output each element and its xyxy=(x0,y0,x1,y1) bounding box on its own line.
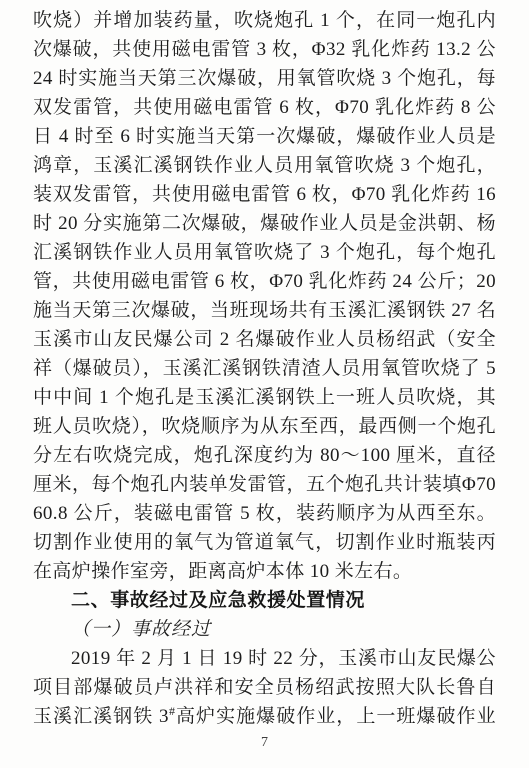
document-page: 吹烧）并增加装药量，吹烧炮孔 1 个，在同一炮孔内连续实施三 次爆破，共使用磁电… xyxy=(0,0,529,768)
text-line: 分左右吹烧完成，炮孔深度约为 80～100 厘米，直径约为 15～30 xyxy=(33,441,496,470)
text-line: 双发雷管，共使用磁电雷管 6 枚，Φ70 乳化炸药 8 公斤。2 月 1 xyxy=(33,93,496,122)
text-line: 次爆破，共使用磁电雷管 3 枚，Φ32 乳化炸药 13.2 公斤；21 时至 xyxy=(33,35,496,64)
text-line: 2019 年 2 月 1 日 19 时 22 分，玉溪市山友民爆公司红塔工程 xyxy=(33,644,496,673)
text-line: 厘米，每个炮孔内装单发雷管，五个炮孔共计装填Φ70 乳化炸药 xyxy=(33,470,496,499)
text-line: 吹烧）并增加装药量，吹烧炮孔 1 个，在同一炮孔内连续实施三 xyxy=(33,6,496,35)
text-line: 在高炉操作室旁，距离高炉本体 10 米左右。 xyxy=(33,557,496,586)
section-heading: 二、事故经过及应急救援处置情况 xyxy=(33,586,496,615)
text-line: 装双发雷管，共使用磁电雷管 6 枚，Φ70 乳化炸药 16 公斤；10 xyxy=(33,180,496,209)
text-line: 施当天第三次爆破，当班现场共有玉溪汇溪钢铁 27 名清渣人员和 xyxy=(33,296,496,325)
page-number: 7 xyxy=(33,733,496,753)
text-line: 中中间 1 个炮孔是玉溪汇溪钢铁上一班人员吹烧，其余 4 个由当 xyxy=(33,383,496,412)
text-line: 项目部爆破员卢洪祥和安全员杨绍武按照大队长鲁自福的安排到 xyxy=(33,673,496,702)
text-segment: 玉溪汇溪钢铁 3 xyxy=(33,706,169,727)
text-line: 24 时实施当天第三次爆破，用氧管吹烧 3 个炮孔，每个炮孔内装 xyxy=(33,64,496,93)
paragraph-incident: 2019 年 2 月 1 日 19 时 22 分，玉溪市山友民爆公司红塔工程 项… xyxy=(33,644,496,731)
paragraph-continued: 吹烧）并增加装药量，吹烧炮孔 1 个，在同一炮孔内连续实施三 次爆破，共使用磁电… xyxy=(33,6,496,586)
text-line: 鸿章，玉溪汇溪钢铁作业人员用氧管吹烧 3 个炮孔，每个炮孔内 xyxy=(33,151,496,180)
text-line: 日 4 时至 6 时实施当天第一次爆破，爆破作业人员是施万和、施 xyxy=(33,122,496,151)
text-line: 管，共使用磁电雷管 6 枚，Φ70 乳化炸药 24 公斤；20 时 38 分实 xyxy=(33,267,496,296)
text-line: 时 20 分实施第二次爆破，爆破作业人员是金洪朝、杨彦红，玉溪 xyxy=(33,209,496,238)
text-line: 班人员吹烧），吹烧顺序为从东至西，最西侧一个炮孔于 19 时 58 xyxy=(33,412,496,441)
text-line: 汇溪钢铁作业人员用氧管吹烧了 3 个炮孔，每个炮孔内装双发雷 xyxy=(33,238,496,267)
subsection-heading: （一）事故经过 xyxy=(33,615,496,644)
text-line: 60.8 公斤，装磁电雷管 5 枚，装药顺序为从西至东。吹烧炮孔及 xyxy=(33,499,496,528)
text-line: 玉溪市山友民爆公司 2 名爆破作业人员杨绍武（安全员）和卢洪 xyxy=(33,325,496,354)
text-line: 玉溪汇溪钢铁 3#高炉实施爆破作业，上一班爆破作业人员金洪朝、 xyxy=(33,702,496,731)
text-line: 祥（爆破员），玉溪汇溪钢铁清渣人员用氧管吹烧了 5 个炮孔（其 xyxy=(33,354,496,383)
text-line: 切割作业使用的氧气为管道氧气，切割作业时瓶装丙烷气瓶摆放 xyxy=(33,528,496,557)
